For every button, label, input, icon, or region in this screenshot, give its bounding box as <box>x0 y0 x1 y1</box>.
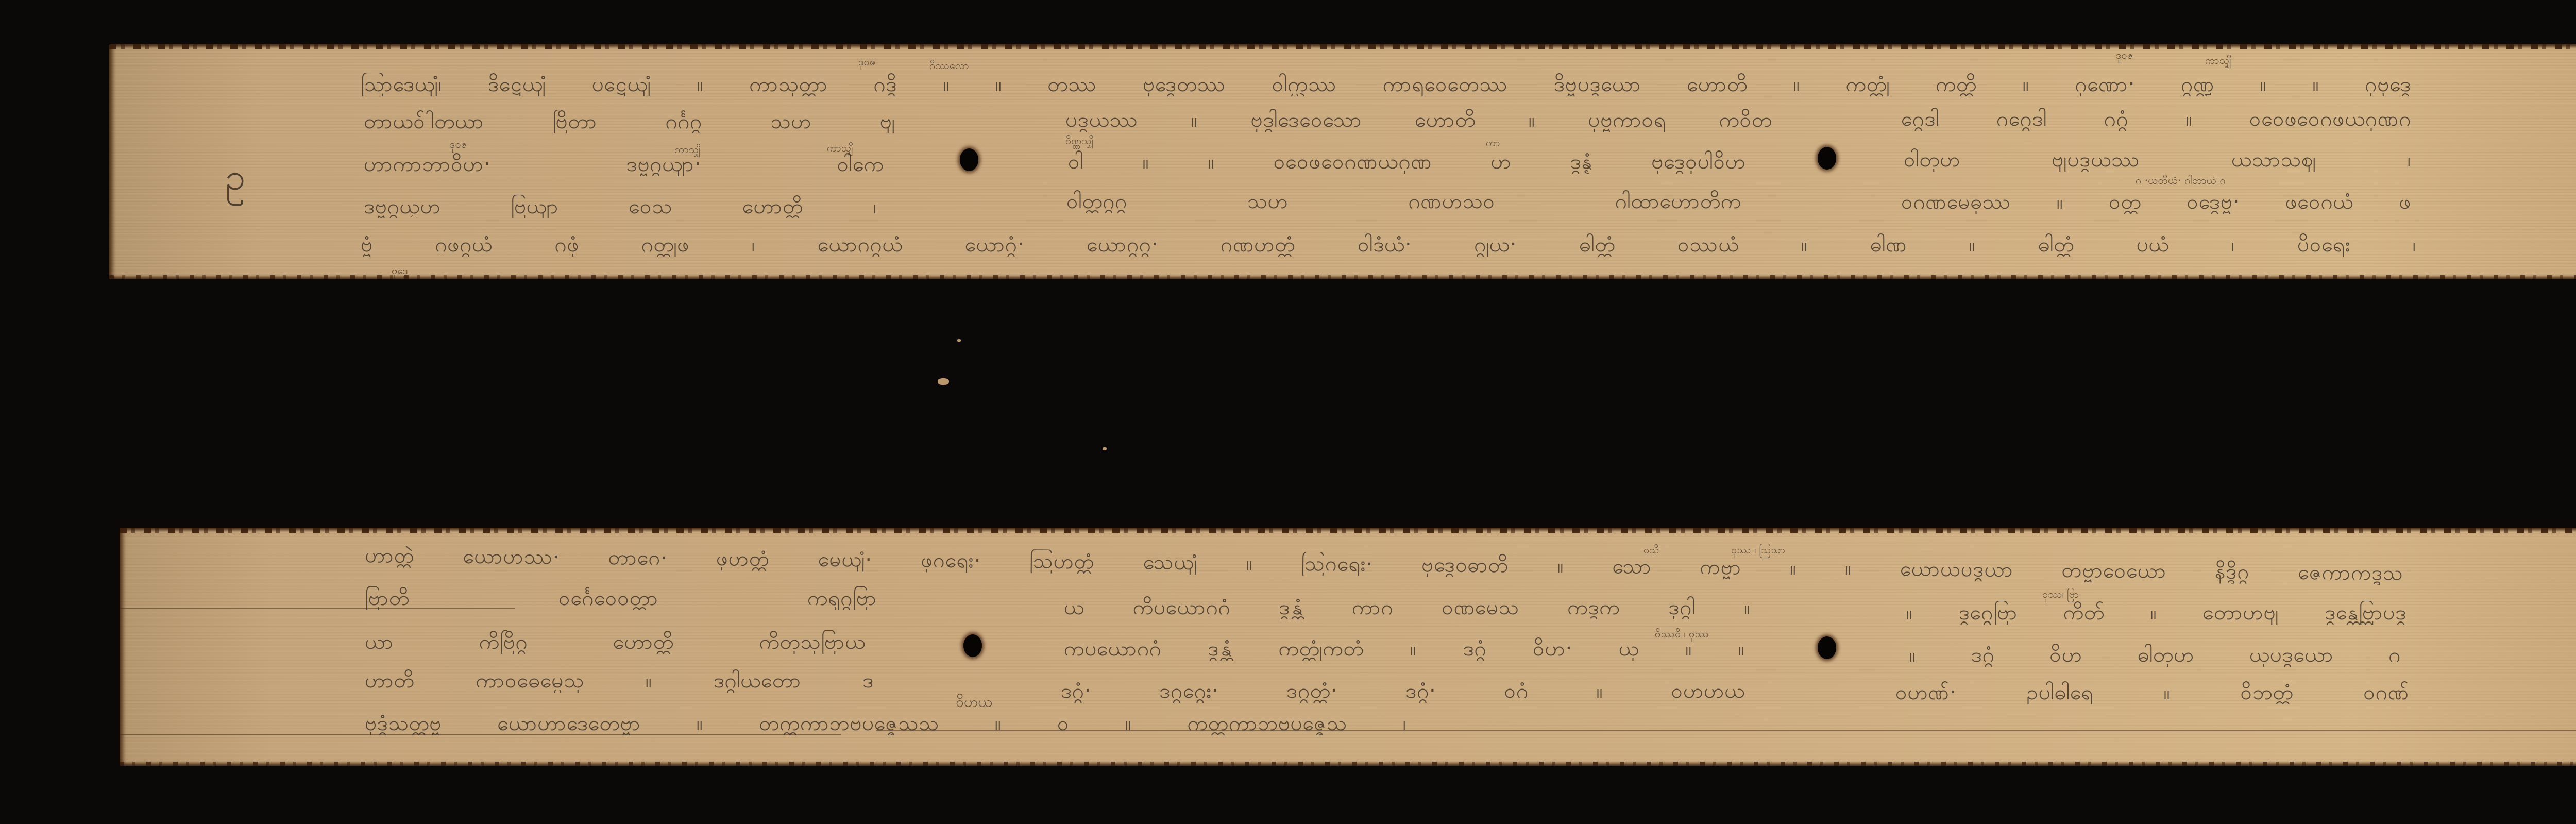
debris-speck <box>957 339 961 342</box>
text-line-3-right: ဝါတုဟ ဗျပဒ္ဓယဿ ယသာသဈ ၊ <box>1904 148 2411 172</box>
interlinear-gloss: ဒုဝဇ <box>450 139 467 150</box>
text-line-3-left: ယာ ကိဗြိဂ္ဂ ဟောတ္တိ ကိတုသုဗြာယ <box>365 630 866 654</box>
text-line-3-left: ဟာကာဘာဝိဟ· ဒဗ္ဗဂ္ဂယျာ· ဝါဂော <box>364 153 885 176</box>
binding-hole <box>963 634 982 657</box>
text-line-4-right: ဝဟဏ်· ဥပါဓါရေ ။ ဝိဘတ္တံ ဝဂဏ် <box>1895 681 2409 704</box>
text-line-4-middle: ဝါတ္တဂ္ဂဂ္ဂ သဟ ဂဏဟသဝ ဂါထာဟောတိက <box>1066 190 1741 213</box>
binding-hole <box>1818 147 1836 170</box>
text-line-1: ဩာဒေယျံ၊ ဒိဋ္ဌေယျံ ပဋ္ဌေယျံ ။ ကာသုတ္တာ ဂ… <box>361 73 2411 96</box>
debris-speck <box>1103 447 1107 450</box>
palm-leaf-folio-bottom: ဟာတ္တဲ ယောဟဿ· တာဂေ· ဖုဟတ္တံ မေယျံ· ဖုဂရေ… <box>120 528 2576 766</box>
text-line-2-right: ဂ္ဂေဒါ ဂဂ္ဂေဒါ ဂဂ္ဂံ ။ ဝဝေဖဝေဂဖယဂုဏဂ <box>1901 107 2411 131</box>
interlinear-gloss: ဝုဿ၊ ဗြာ <box>2042 588 2079 600</box>
interlinear-gloss: ဝိဟယ <box>956 695 992 710</box>
text-line-4-right: ဝဂဏမေဓုဿ ။ ဝတ္တ ဝဒ္ဓေဗ္ဗ· ဖဝေဂယံ ဖ <box>1901 190 2411 214</box>
interlinear-gloss: ဗုဒ္ဓေ <box>392 265 408 276</box>
text-line-4-middle: ဒဂ္ဂံ· ဒဂ္ဂဂ္ဂေး· ဒဂ္ဂတ္တံ· ဒဂ္ဂံ· ဝဂံ ။… <box>1061 679 1745 703</box>
palm-leaf-folio-top: ဥ ဩာဒေယျံ၊ ဒိဋ္ဌေယျံ ပဋ္ဌေယျံ ။ ကာသုတ္တာ… <box>109 44 2576 279</box>
text-line-2-left: တာယဝ်ါတယာ ဗြိတာ ဂင်္ဂဂ္ဂ သဟ ဗျ <box>364 110 895 133</box>
debris-speck <box>938 378 949 385</box>
interlinear-gloss: ဝသိ <box>1643 544 1659 556</box>
interlinear-gloss: ကာ <box>1486 137 1500 148</box>
text-line-2-left: ဗြာတိ ဝင်္ဂေဝေဝတ္တာ ကရုဂ္ဂဗြာ <box>365 586 877 610</box>
text-line-3-right: ။ ဒဂ္ဂံ ဝိဟ ဓါတုဟ ယုပဒ္ဓယော ဂ <box>1909 643 2401 667</box>
text-line-4-left: ဟာတိ ကာဝဓေမ္မေသု ။ ဒဂ္ဂါယတော ဒ <box>365 669 874 693</box>
folio-number-label: ဥ <box>225 159 245 196</box>
interlinear-gloss: ဂိဿလော <box>929 60 969 71</box>
interlinear-gloss: ဒုဝဇ <box>858 56 876 68</box>
text-line-3-middle: ကပယောဂဂံ ဒွန္တံ ကတ္တုံကတံ ။ ဒဂ္ဂံ ဝိဟ· ယ… <box>1064 637 1745 661</box>
interlinear-gloss: ကာသျှိ <box>827 142 853 154</box>
interlinear-gloss: ဗိဿဝိ ၊ ဗုဿ <box>1655 628 1709 640</box>
text-line-4-left: ဒဗ္ဗဂ္ဂယ္ဟ ဗြယျာ ဝေသ ဟောတ္တိ ၊ <box>364 195 877 218</box>
text-line-5: ဗ္ဗံ ဂဖဂ္ဂယံ ဂဖုံ ဂတ္တုဖ ၊ ယောဂဂ္ဂယံ ယော… <box>361 233 2416 257</box>
interlinear-gloss: ဂ ·ယတိယံ· ဂါတာယံ ဂ <box>2136 175 2226 186</box>
text-line-2-middle: ပဒ္ဓယဿ ။ ဗုဒ္ဓါဒေဝေသော ဟောတိ ။ ပုဗ္ဗကာဝရ… <box>1065 108 1772 132</box>
interlinear-gloss: ဝိဏ္ဏသျှိ <box>1065 135 1094 146</box>
text-line-2-right: ။ ဒွဂ္ဂေဗြာ ကိတ် ။ တောဟဗျ ဒွန္တ္တေဗြာပဒ္… <box>1906 601 2406 625</box>
text-line-1: ဟာတ္တဲ ယောဟဿ· တာဂေ· ဖုဟတ္တံ မေယျံ· ဖုဂရေ… <box>365 544 2403 585</box>
binding-hole <box>1818 636 1836 659</box>
text-line-5: ဗုဒ္ဓံသတ္တဗ္ဗ ယောဟာဒေတေဗ္ဗာ ။ တက္ကကာဘဗပဇ… <box>365 712 1406 735</box>
interlinear-gloss: ဝုဿ ၊ ဩသာ <box>1731 544 1785 556</box>
interlinear-gloss: ကာသျှိ <box>674 144 701 155</box>
binding-hole <box>960 148 978 171</box>
text-line-2-middle: ယ ကိပယောဂဂံ ဒွန္တံ ကာဂ ဝဏမေသ ကဒ္ဒက ဒုဂ္ဂ… <box>1064 596 1751 619</box>
text-line-3-middle: ဝါ ။ ။ ဝဝေဖဝေဂဏယဂုဏ ဟ ဒွန္နံ ဗုဒ္ဓေဝုပါဝ… <box>1068 150 1746 174</box>
interlinear-gloss: ဒုဝဇ <box>2116 49 2133 61</box>
interlinear-gloss: ကာသျှိ <box>2205 55 2231 66</box>
